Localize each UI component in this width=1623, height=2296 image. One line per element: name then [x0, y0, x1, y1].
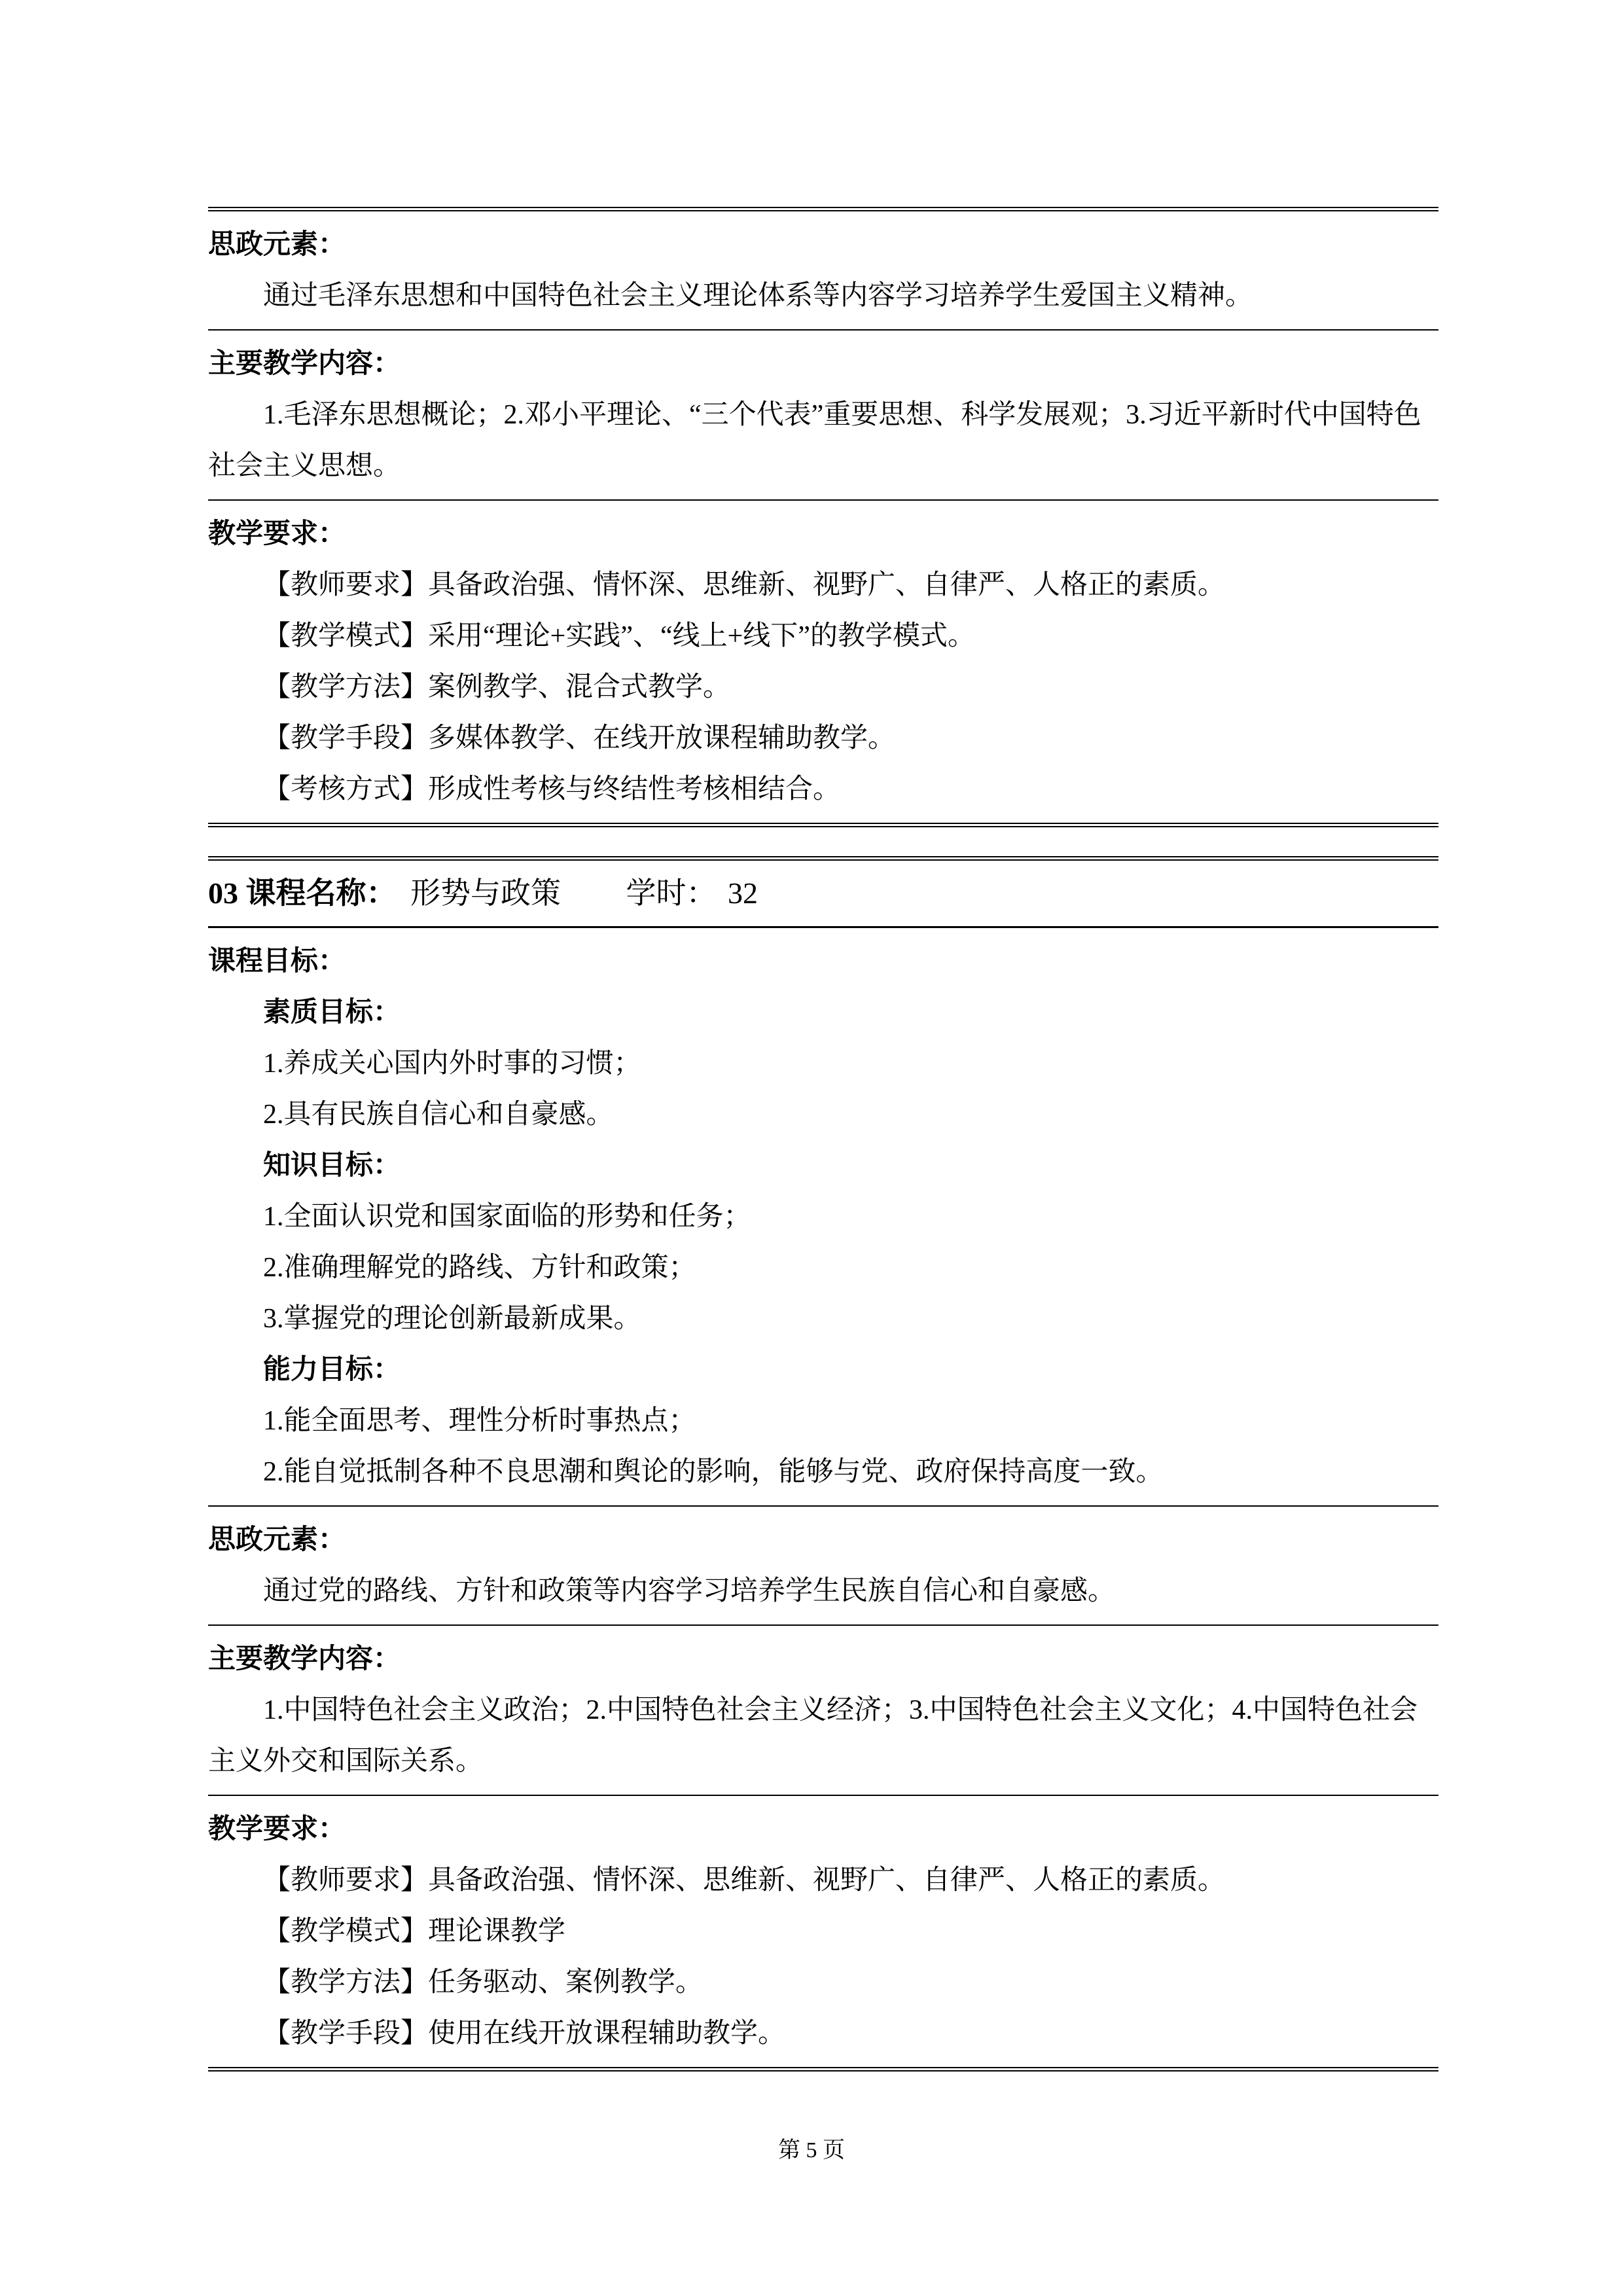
quality-goal-item: 2.具有民族自信心和自豪感。 [208, 1089, 1438, 1140]
requirement-item-assessment: 【考核方式】形成性考核与终结性考核相结合。 [208, 764, 1438, 815]
course-number: 03 [208, 876, 238, 910]
page-footer: 第 5 页 [0, 2135, 1623, 2166]
ability-goal-item: 2.能自觉抵制各种不良思潮和舆论的影响，能够与党、政府保持高度一致。 [208, 1446, 1438, 1498]
section-content-02: 主要教学内容： 1.毛泽东思想概论；2.邓小平理论、“三个代表”重要思想、科学发… [208, 331, 1438, 501]
content-heading: 主要教学内容： [208, 338, 1438, 389]
sizheng-paragraph: 通过毛泽东思想和中国特色社会主义理论体系等内容学习培养学生爱国主义精神。 [208, 270, 1438, 321]
knowledge-goals-heading: 知识目标： [208, 1140, 1438, 1191]
sizheng-paragraph: 通过党的路线、方针和政策等内容学习培养学生民族自信心和自豪感。 [208, 1566, 1438, 1617]
section-requirements-03: 教学要求： 【教师要求】具备政治强、情怀深、思维新、视野广、自律严、人格正的素质… [208, 1796, 1438, 2067]
requirement-item-means: 【教学手段】使用在线开放课程辅助教学。 [208, 2008, 1438, 2059]
course-name: 形势与政策 [410, 876, 561, 910]
section-content-03: 主要教学内容： 1.中国特色社会主义政治；2.中国特色社会主义经济；3.中国特色… [208, 1626, 1438, 1796]
sizheng-heading: 思政元素： [208, 1515, 1438, 1566]
quality-goal-item: 1.养成关心国内外时事的习惯； [208, 1038, 1438, 1089]
knowledge-goal-item: 3.掌握党的理论创新最新成果。 [208, 1293, 1438, 1344]
requirement-item-mode: 【教学模式】理论课教学 [208, 1906, 1438, 1957]
section-sizheng-03: 思政元素： 通过党的路线、方针和政策等内容学习培养学生民族自信心和自豪感。 [208, 1507, 1438, 1626]
requirements-heading: 教学要求： [208, 1804, 1438, 1855]
sizheng-heading: 思政元素： [208, 219, 1438, 270]
course-header: 03 课程名称： 形势与政策 学时： 32 [208, 861, 1438, 928]
content-heading: 主要教学内容： [208, 1634, 1438, 1685]
requirement-item-mode: 【教学模式】采用“理论+实践”、“线上+线下”的教学模式。 [208, 611, 1438, 662]
objectives-heading: 课程目标： [208, 936, 1438, 987]
hours-value: 32 [728, 876, 758, 910]
section-requirements-02: 教学要求： 【教师要求】具备政治强、情怀深、思维新、视野广、自律严、人格正的素质… [208, 501, 1438, 823]
doc-page: 思政元素： 通过毛泽东思想和中国特色社会主义理论体系等内容学习培养学生爱国主义精… [208, 207, 1438, 2072]
ability-goal-item: 1.能全面思考、理性分析时事热点； [208, 1395, 1438, 1446]
knowledge-goal-item: 1.全面认识党和国家面临的形势和任务； [208, 1191, 1438, 1242]
course-title-label: 课程名称： [246, 876, 397, 910]
requirement-item-teacher: 【教师要求】具备政治强、情怀深、思维新、视野广、自律严、人格正的素质。 [208, 560, 1438, 611]
ability-goals-heading: 能力目标： [208, 1344, 1438, 1395]
hours-label: 学时： [626, 876, 717, 910]
course-03-block: 03 课程名称： 形势与政策 学时： 32 课程目标： 素质目标： 1.养成关心… [208, 856, 1438, 2072]
quality-goals-heading: 素质目标： [208, 987, 1438, 1038]
section-objectives-03: 课程目标： 素质目标： 1.养成关心国内外时事的习惯； 2.具有民族自信心和自豪… [208, 928, 1438, 1507]
requirement-item-method: 【教学方法】案例教学、混合式教学。 [208, 662, 1438, 713]
knowledge-goal-item: 2.准确理解党的路线、方针和政策； [208, 1242, 1438, 1293]
requirement-item-means: 【教学手段】多媒体教学、在线开放课程辅助教学。 [208, 713, 1438, 764]
course-02-block: 思政元素： 通过毛泽东思想和中国特色社会主义理论体系等内容学习培养学生爱国主义精… [208, 207, 1438, 827]
content-paragraph: 1.中国特色社会主义政治；2.中国特色社会主义经济；3.中国特色社会主义文化；4… [208, 1685, 1438, 1787]
requirements-heading: 教学要求： [208, 509, 1438, 560]
requirement-item-teacher: 【教师要求】具备政治强、情怀深、思维新、视野广、自律严、人格正的素质。 [208, 1855, 1438, 1906]
requirement-item-method: 【教学方法】任务驱动、案例教学。 [208, 1957, 1438, 2008]
content-paragraph: 1.毛泽东思想概论；2.邓小平理论、“三个代表”重要思想、科学发展观；3.习近平… [208, 389, 1438, 492]
section-sizheng-02: 思政元素： 通过毛泽东思想和中国特色社会主义理论体系等内容学习培养学生爱国主义精… [208, 211, 1438, 331]
